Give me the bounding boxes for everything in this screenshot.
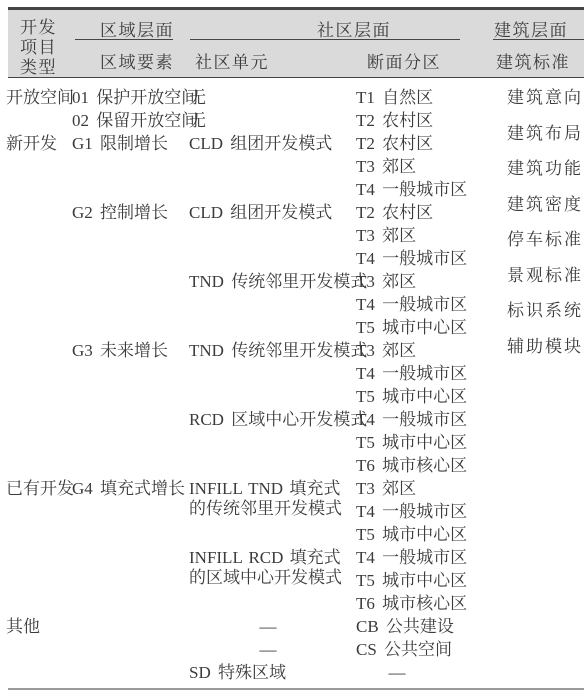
table-row: INFILL RCD 填充式的区域中心开发模式T4 一般城市区 [0, 546, 588, 569]
community-group-underline [190, 39, 460, 40]
table-row: T3 郊区 [0, 224, 588, 247]
building-standards-column: 建筑意向建筑布局建筑功能建筑密度停车标准景观标准标识系统辅助模块 [507, 86, 583, 370]
cell-transect-zone: T4 一般城市区 [356, 362, 467, 385]
building-standard-item: 停车标准 [507, 228, 583, 264]
cell-transect-zone: T2 农村区 [356, 109, 433, 132]
cell-transect-zone: T6 城市核心区 [356, 454, 467, 477]
table-row: G3 未来增长TND 传统邻里开发模式T3 郊区 [0, 339, 588, 362]
header-building-sub: 建筑标准 [496, 48, 570, 73]
cell-transect-zone: T3 郊区 [356, 155, 416, 178]
table-row: T6 城市核心区 [0, 454, 588, 477]
cell-region-element: G1 限制增长 [72, 132, 168, 155]
table-body: 开放空间01 保护开放空间无T1 自然区02 保留开放空间无T2 农村区新开发G… [0, 86, 588, 684]
development-type-table-page: 开发 项目 类型 区域层面 社区层面 建筑层面 区域要素 社区单元 断面分区 建… [0, 0, 588, 700]
cell-transect-zone: T3 郊区 [356, 224, 416, 247]
cell-community-unit: RCD 区域中心开发模式 [189, 408, 367, 431]
table-row: T4 一般城市区 [0, 178, 588, 201]
table-row: 开放空间01 保护开放空间无T1 自然区 [0, 86, 588, 109]
table-row: T5 城市中心区 [0, 523, 588, 546]
cell-transect-zone: CS 公共空间 [356, 638, 452, 661]
table-row: T4 一般城市区 [0, 362, 588, 385]
header-region-group: 区域层面 [100, 16, 174, 41]
table-header-rule [8, 77, 584, 79]
header-region-sub: 区域要素 [100, 48, 174, 73]
cell-region-element: G2 控制增长 [72, 201, 168, 224]
table-row: T5 城市中心区 [0, 385, 588, 408]
cell-community-unit: TND 传统邻里开发模式 [189, 270, 367, 293]
cell-project-type: 新开发 [6, 132, 57, 155]
header-community-group: 社区层面 [317, 16, 391, 41]
cell-region-element: G4 填充式增长 [72, 477, 185, 500]
cell-region-element: G3 未来增长 [72, 339, 168, 362]
cell-transect-zone: T4 一般城市区 [356, 408, 467, 431]
cell-community-unit: CLD 组团开发模式 [189, 201, 332, 224]
building-standard-item: 建筑布局 [507, 122, 583, 158]
cell-transect-zone: T4 一般城市区 [356, 500, 467, 523]
header-project-type-line3: 类型 [20, 53, 57, 78]
cell-transect-zone: T6 城市核心区 [356, 592, 467, 615]
building-standard-item: 景观标准 [507, 264, 583, 300]
cell-project-type: 其他 [6, 615, 40, 638]
table-row: T3 郊区 [0, 155, 588, 178]
cell-community-unit: 无 [189, 109, 206, 132]
building-group-underline [493, 39, 584, 40]
cell-community-unit: — [189, 615, 347, 638]
table-row: 新开发G1 限制增长CLD 组团开发模式T2 农村区 [0, 132, 588, 155]
building-standard-item: 建筑密度 [507, 193, 583, 229]
cell-community-unit: SD 特殊区域 [189, 661, 286, 684]
cell-transect-zone: T5 城市中心区 [356, 385, 467, 408]
cell-transect-zone: T2 农村区 [356, 132, 433, 155]
building-standard-item: 标识系统 [507, 299, 583, 335]
table-row: T6 城市核心区 [0, 592, 588, 615]
cell-transect-zone: T4 一般城市区 [356, 293, 467, 316]
table-row: T4 一般城市区 [0, 293, 588, 316]
cell-community-unit: 无 [189, 86, 206, 109]
header-building-group: 建筑层面 [494, 16, 568, 41]
building-standard-item: 建筑意向 [507, 86, 583, 122]
building-standard-item: 辅助模块 [507, 335, 583, 371]
table-row: 02 保留开放空间无T2 农村区 [0, 109, 588, 132]
cell-transect-zone: T5 城市中心区 [356, 431, 467, 454]
cell-project-type: 开放空间 [6, 86, 74, 109]
cell-transect-zone: T3 郊区 [356, 339, 416, 362]
cell-transect-zone: T4 一般城市区 [356, 546, 467, 569]
cell-transect-zone: CB 公共建设 [356, 615, 454, 638]
cell-community-unit: CLD 组团开发模式 [189, 132, 332, 155]
table-row: G2 控制增长CLD 组团开发模式T2 农村区 [0, 201, 588, 224]
table-row: RCD 区域中心开发模式T4 一般城市区 [0, 408, 588, 431]
cell-region-element: 02 保留开放空间 [72, 109, 198, 132]
cell-transect-zone: T5 城市中心区 [356, 316, 467, 339]
cell-transect-zone: T3 郊区 [356, 270, 416, 293]
table-row: T5 城市中心区 [0, 431, 588, 454]
cell-transect-zone: T1 自然区 [356, 86, 433, 109]
region-group-underline [75, 39, 173, 40]
cell-community-unit: — [189, 638, 347, 661]
table-row: T4 一般城市区 [0, 247, 588, 270]
cell-community-unit: INFILL RCD 填充式的区域中心开发模式 [189, 548, 346, 588]
header-community-sub1: 社区单元 [195, 48, 269, 73]
cell-transect-zone: T4 一般城市区 [356, 247, 467, 270]
table-row: T5 城市中心区 [0, 316, 588, 339]
table-row: —CS 公共空间 [0, 638, 588, 661]
table-row: 其他—CB 公共建设 [0, 615, 588, 638]
cell-project-type: 已有开发 [6, 477, 74, 500]
building-standard-item: 建筑功能 [507, 157, 583, 193]
table-row: SD 特殊区域— [0, 661, 588, 684]
cell-community-unit: INFILL TND 填充式的传统邻里开发模式 [189, 479, 346, 519]
table-row: TND 传统邻里开发模式T3 郊区 [0, 270, 588, 293]
cell-transect-zone: T3 郊区 [356, 477, 416, 500]
cell-transect-zone: — [356, 661, 438, 684]
header-community-sub2: 断面分区 [367, 48, 441, 73]
cell-transect-zone: T5 城市中心区 [356, 523, 467, 546]
cell-region-element: 01 保护开放空间 [72, 86, 198, 109]
cell-transect-zone: T4 一般城市区 [356, 178, 467, 201]
table-row: 已有开发G4 填充式增长INFILL TND 填充式的传统邻里开发模式T3 郊区 [0, 477, 588, 500]
cell-transect-zone: T2 农村区 [356, 201, 433, 224]
cell-transect-zone: T5 城市中心区 [356, 569, 467, 592]
table-bottom-rule [8, 688, 584, 690]
cell-community-unit: TND 传统邻里开发模式 [189, 339, 367, 362]
